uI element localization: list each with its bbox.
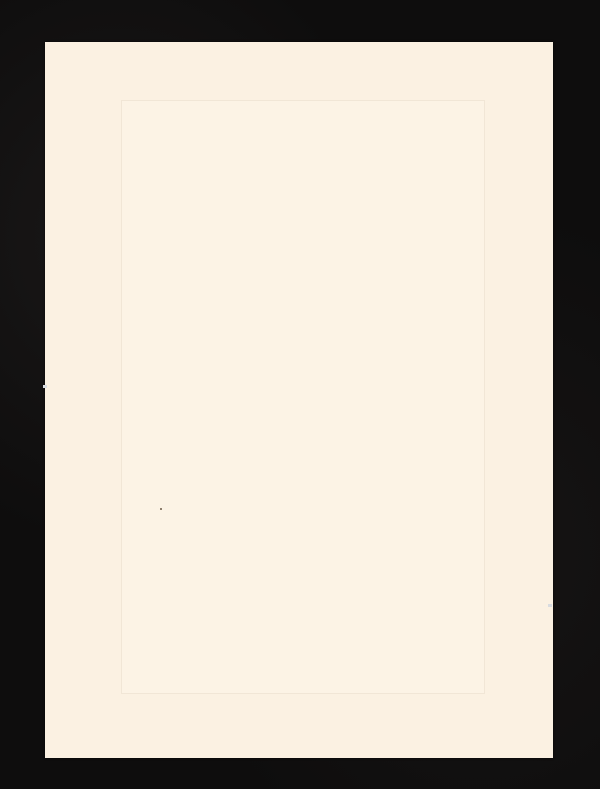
paper-edge-nick [548, 604, 552, 607]
paper-edge-nick [43, 385, 47, 388]
plate-mark-area [121, 100, 485, 694]
paper-sheet [45, 42, 553, 758]
paper-speck [160, 508, 162, 510]
